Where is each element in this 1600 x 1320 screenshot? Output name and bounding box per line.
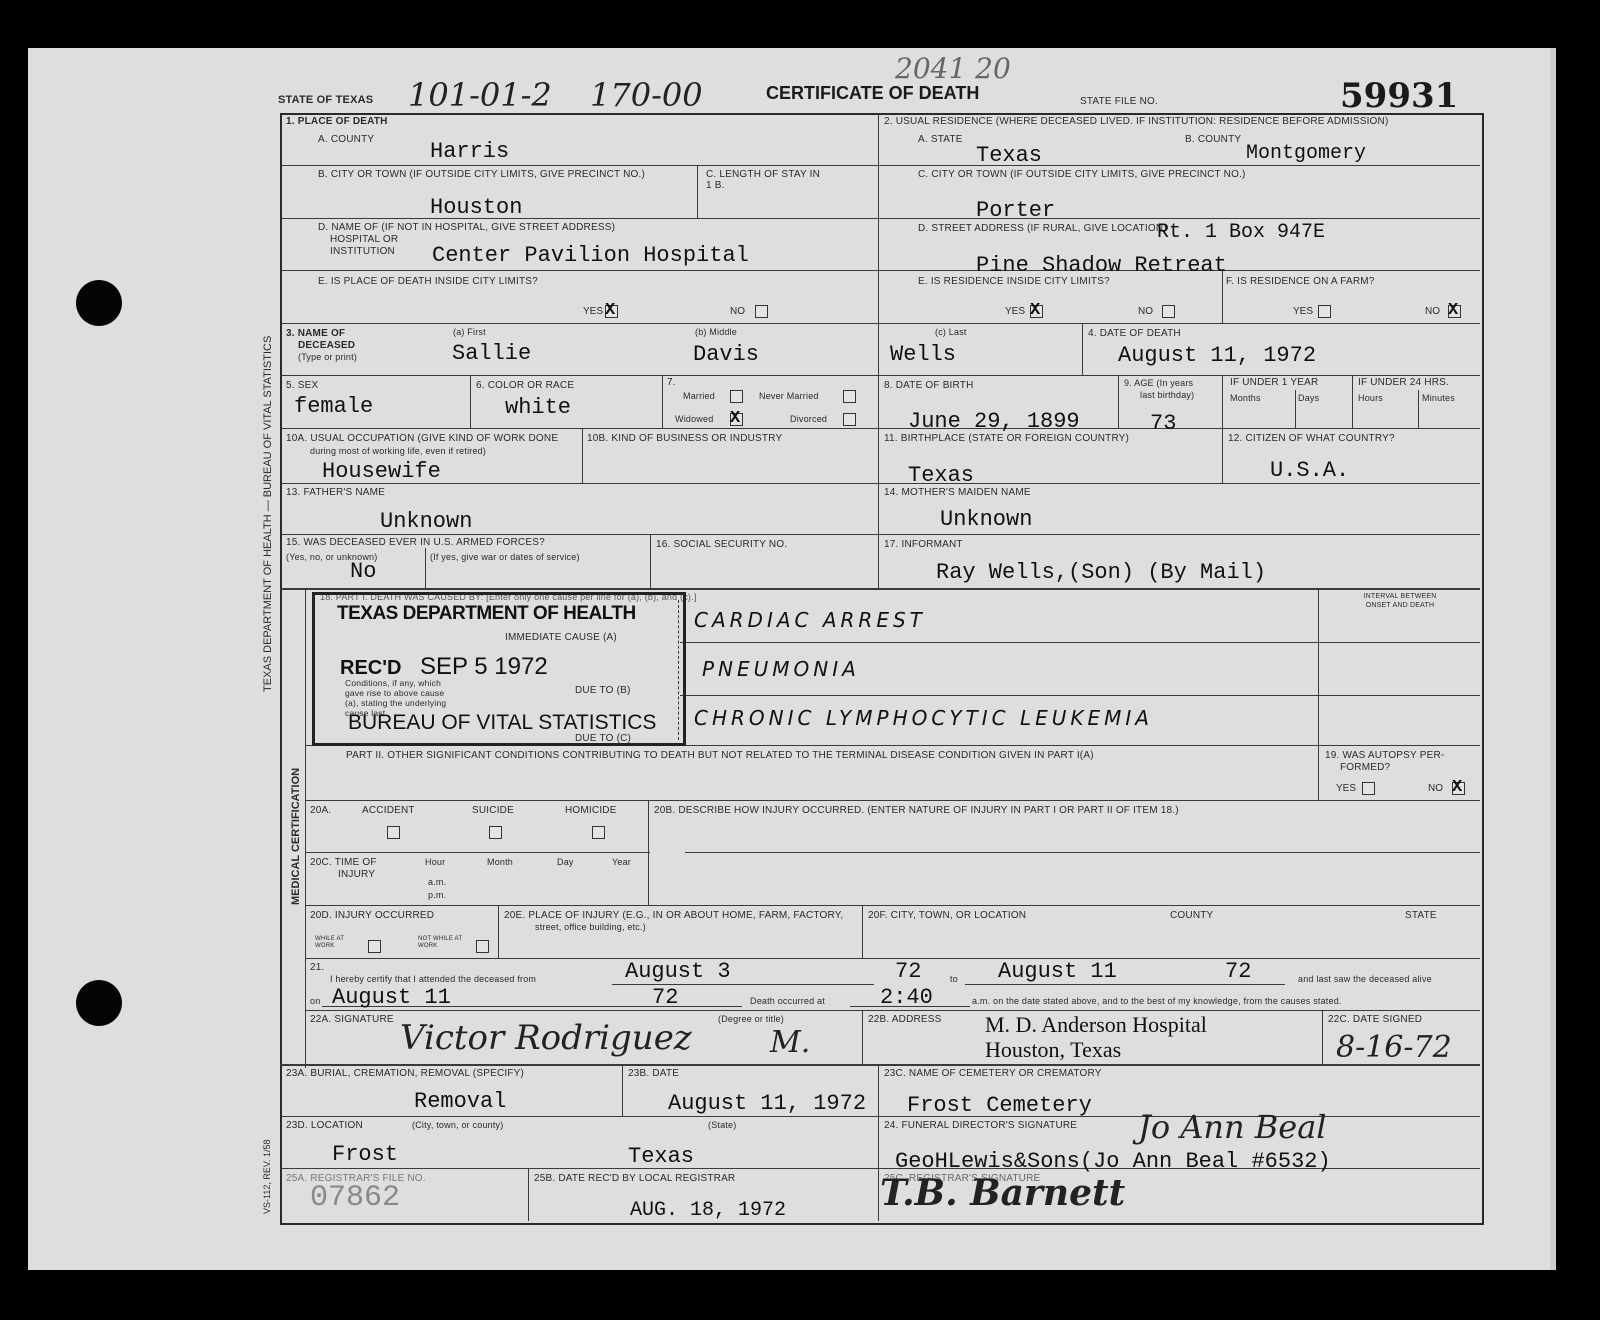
time-of-injury-label-1: 20c. TIME OF	[310, 857, 377, 868]
registrar-file-value: 07862	[310, 1186, 400, 1210]
not-while-at-work-checkbox[interactable]	[476, 940, 489, 953]
business-label: 10b. KIND OF BUSINESS OR INDUSTRY	[587, 433, 782, 444]
injury-type-label: 20a.	[310, 805, 331, 816]
divider	[622, 1064, 623, 1116]
divider	[1118, 375, 1119, 428]
citizen-label: 12. CITIZEN OF WHAT COUNTRY?	[1228, 433, 1395, 444]
month-label: Month	[487, 857, 513, 868]
autopsy-no-checkbox[interactable]	[1452, 782, 1465, 795]
divider	[1082, 323, 1083, 375]
while-at-work-checkbox[interactable]	[368, 940, 381, 953]
punch-hole	[76, 280, 122, 326]
date-of-birth-value: June 29, 1899	[908, 410, 1080, 434]
location-city-value: Frost	[332, 1143, 398, 1167]
death-county-label: a. COUNTY	[318, 134, 374, 145]
residence-street-value-1: Rt. 1 Box 947E	[1157, 221, 1325, 245]
last-name-value: Wells	[890, 343, 956, 367]
divider	[880, 165, 1480, 166]
birthplace-value: Texas	[908, 464, 974, 488]
death-city-value: Houston	[430, 196, 522, 220]
residence-inside-city-no-checkbox[interactable]	[1162, 305, 1175, 318]
deceased-name-label-3: (Type or print)	[298, 352, 357, 363]
divider	[650, 534, 651, 588]
divider	[280, 428, 1480, 429]
injury-state-label: STATE	[1405, 910, 1437, 921]
days-label: Days	[1298, 393, 1319, 404]
last-name-label: (c) Last	[935, 327, 967, 338]
informant-value: Ray Wells,(Son) (By Mail)	[936, 561, 1266, 585]
divider	[1322, 1010, 1323, 1064]
age-label-1: 9. AGE (In years	[1124, 378, 1193, 389]
death-county-value: Harris	[430, 140, 509, 164]
hospital-label-2: HOSPITAL OR	[330, 234, 398, 245]
stamp-line-3: BUREAU OF VITAL STATISTICS	[348, 711, 656, 735]
divider	[280, 165, 880, 166]
armed-forces-label: 15. WAS DECEASED EVER IN U.S. ARMED FORC…	[286, 537, 545, 548]
last-seen-date: August 11	[332, 986, 451, 1010]
residence-farm-no-label: NO	[1425, 306, 1440, 317]
mother-label: 14. MOTHER'S MAIDEN NAME	[884, 487, 1031, 498]
location-state-value: Texas	[628, 1145, 694, 1169]
received-stamp: TEXAS DEPARTMENT OF HEALTH REC'D SEP 5 1…	[312, 592, 686, 746]
punch-hole	[76, 980, 122, 1026]
residence-farm-label: f. IS RESIDENCE ON A FARM?	[1226, 276, 1375, 287]
attended-from-date: August 3	[625, 960, 731, 984]
sex-label: 5. SEX	[286, 380, 318, 391]
death-inside-city-label: e. IS PLACE OF DEATH INSIDE CITY LIMITS?	[318, 276, 538, 287]
death-inside-city-yes-checkbox[interactable]	[605, 305, 618, 318]
autopsy-yes-label: YES	[1336, 783, 1356, 794]
place-of-injury-label-2: street, office building, etc.)	[535, 922, 646, 933]
date-signed-value: 8-16-72	[1336, 1030, 1452, 1065]
after-time-text: a.m. on the date stated above, and to th…	[972, 996, 1342, 1007]
marital-married-checkbox[interactable]	[730, 390, 743, 403]
death-inside-city-yes-label: YES	[583, 306, 603, 317]
pm-label: p.m.	[428, 890, 446, 901]
degree-label: (Degree or title)	[718, 1014, 784, 1025]
cause-b-value: PNEUMONIA	[702, 657, 860, 681]
autopsy-label-1: 19. WAS AUTOPSY PER-	[1325, 750, 1444, 761]
stamp-line-2-prefix: REC'D	[340, 657, 401, 680]
location-city-label: (City, town, or county)	[412, 1120, 503, 1131]
residence-inside-city-yes-label: YES	[1005, 306, 1025, 317]
occupation-value: Housewife	[322, 460, 441, 484]
deceased-name-label-1: 3. NAME OF	[286, 328, 345, 339]
first-name-label: (a) First	[453, 327, 486, 338]
autopsy-no-label: NO	[1428, 783, 1443, 794]
date-signed-label: 22c. DATE SIGNED	[1328, 1014, 1422, 1025]
divider	[878, 113, 879, 588]
cemetery-label: 23c. NAME OF CEMETERY OR CREMATORY	[884, 1068, 1102, 1079]
divider	[305, 958, 1480, 959]
first-name-value: Sallie	[452, 342, 531, 366]
while-at-work-label: WHILE AT WORK	[315, 936, 355, 950]
day-label: Day	[557, 857, 574, 868]
homicide-label: HOMICIDE	[565, 805, 617, 816]
residence-inside-city-no-label: NO	[1138, 306, 1153, 317]
funeral-director-signature: Jo Ann Beal	[1138, 1108, 1327, 1146]
divider	[425, 548, 426, 588]
received-date-value: AUG. 18, 1972	[630, 1199, 786, 1223]
residence-street-value-2: Pine Shadow Retreat	[976, 254, 1227, 278]
attended-to-date: August 11	[998, 960, 1117, 984]
attended-to-year: 72	[1225, 960, 1251, 984]
divider	[1418, 390, 1419, 428]
divider	[280, 588, 1480, 590]
divider	[1222, 375, 1223, 483]
homicide-checkbox[interactable]	[592, 826, 605, 839]
mother-value: Unknown	[940, 508, 1032, 532]
race-value: white	[505, 396, 571, 420]
handwritten-top: 2041 20	[895, 52, 1011, 85]
hospital-value: Center Pavilion Hospital	[432, 244, 749, 268]
marital-label: 7.	[667, 377, 676, 388]
death-occurred-label: Death occurred at	[750, 996, 825, 1007]
minutes-label: Minutes	[1422, 393, 1455, 404]
autopsy-label-2: FORMED?	[1340, 762, 1390, 773]
divider	[680, 642, 1480, 643]
attended-from-year: 72	[895, 960, 921, 984]
last-seen-year: 72	[652, 986, 678, 1010]
stamp-line-1: TEXAS DEPARTMENT OF HEALTH	[337, 603, 636, 625]
divider	[648, 800, 649, 905]
residence-inside-city-label: e. IS RESIDENCE INSIDE CITY LIMITS?	[918, 276, 1110, 287]
divider	[280, 1064, 1480, 1066]
deceased-name-label-2: DECEASED	[298, 340, 355, 351]
residence-city-label: c. CITY OR TOWN (If outside city limits,…	[918, 169, 1246, 180]
address-value-1: M. D. Anderson Hospital	[985, 1013, 1207, 1037]
state-file-label: STATE FILE NO.	[1080, 96, 1158, 107]
attended-to-label: to	[950, 974, 958, 985]
marital-never-married-label: Never Married	[759, 391, 819, 402]
on-label: on	[310, 996, 320, 1007]
part2-label: PART II. OTHER SIGNIFICANT CONDITIONS CO…	[346, 750, 1094, 761]
father-value: Unknown	[380, 510, 472, 534]
residence-county-label: b. COUNTY	[1185, 134, 1241, 145]
hospital-label-1: d. NAME OF (If not in hospital, give str…	[318, 222, 615, 233]
divider	[280, 323, 1480, 324]
residence-farm-yes-checkbox[interactable]	[1318, 305, 1331, 318]
disposition-date-value: August 11, 1972	[668, 1092, 866, 1116]
date-of-birth-label: 8. DATE OF BIRTH	[884, 380, 974, 391]
state-label: STATE OF TEXAS	[278, 95, 373, 106]
degree-value: M.	[770, 1025, 810, 1060]
divider	[582, 428, 583, 483]
death-inside-city-no-label: NO	[730, 306, 745, 317]
address-label: 22b. ADDRESS	[868, 1014, 942, 1025]
citizen-value: U.S.A.	[1270, 459, 1349, 483]
residence-street-label: d. STREET ADDRESS (If rural, give locati…	[918, 223, 1167, 234]
time-of-injury-label-2: INJURY	[338, 869, 375, 880]
handwritten-code-1: 101-01-2	[408, 76, 552, 114]
certification-item-label: 21.	[310, 962, 325, 973]
residence-section-label: 2. USUAL RESIDENCE (Where deceased lived…	[884, 116, 1389, 127]
suicide-checkbox[interactable]	[489, 826, 502, 839]
divider	[280, 483, 1480, 484]
disposition-date-label: 23b. DATE	[628, 1068, 679, 1079]
months-label: Months	[1230, 393, 1261, 404]
divider	[862, 905, 863, 958]
location-state-label: (State)	[708, 1120, 736, 1131]
divider	[1352, 375, 1353, 428]
cemetery-value: Frost Cemetery	[907, 1094, 1092, 1118]
registrar-signature: T.B. Barnett	[880, 1172, 1125, 1214]
interval-label: INTERVAL BETWEEN ONSET AND DEATH	[1350, 592, 1450, 610]
date-of-death-value: August 11, 1972	[1118, 344, 1316, 368]
autopsy-yes-checkbox[interactable]	[1362, 782, 1375, 795]
suicide-label: SUICIDE	[472, 805, 514, 816]
state-file-number: 59931	[1340, 76, 1458, 116]
hour-label: Hour	[425, 857, 445, 868]
divider	[305, 1010, 1480, 1011]
form-code: VS-112, REV. 1/58	[262, 1139, 272, 1214]
place-of-injury-label-1: 20e. PLACE OF INJURY (e.g., in or about …	[504, 910, 843, 921]
armed-forces-sub-2: (If yes, give war or dates of service)	[430, 552, 580, 563]
divider	[1295, 390, 1296, 428]
middle-name-value: Davis	[693, 343, 759, 367]
under-day-label: IF UNDER 24 HRS.	[1358, 377, 1449, 388]
under-year-label: IF UNDER 1 YEAR	[1230, 377, 1318, 388]
divider	[680, 695, 1480, 696]
divider	[280, 270, 1480, 271]
marital-married-label: Married	[683, 391, 715, 402]
marital-divorced-label: Divorced	[790, 414, 827, 425]
race-label: 6. COLOR OR RACE	[476, 380, 574, 391]
marital-widowed-label: Widowed	[675, 414, 713, 425]
residence-inside-city-yes-checkbox[interactable]	[1030, 305, 1043, 318]
disposition-method-value: Removal	[414, 1090, 506, 1114]
residence-state-value: Texas	[976, 144, 1042, 168]
length-of-stay-label: c. LENGTH OF STAY in 1 b.	[706, 169, 826, 191]
marital-widowed-checkbox[interactable]	[730, 413, 743, 426]
marital-never-married-checkbox[interactable]	[843, 390, 856, 403]
am-label: a.m.	[428, 877, 446, 888]
middle-name-label: (b) Middle	[695, 327, 737, 338]
occupation-label-1: 10a. USUAL OCCUPATION (Give kind of work…	[286, 433, 558, 444]
last-saw-text: and last saw the deceased alive	[1298, 974, 1432, 985]
ssn-label: 16. SOCIAL SECURITY NO.	[656, 539, 787, 550]
margin-department-text: TEXAS DEPARTMENT OF HEALTH — BUREAU OF V…	[262, 336, 274, 692]
birthplace-label: 11. BIRTHPLACE (State or foreign country…	[884, 433, 1129, 444]
injury-county-label: COUNTY	[1170, 910, 1213, 921]
injury-city-label: 20f. CITY, TOWN, OR LOCATION	[868, 910, 1026, 921]
father-label: 13. FATHER'S NAME	[286, 487, 385, 498]
accident-label: ACCIDENT	[362, 805, 415, 816]
divider	[498, 905, 499, 958]
injury-occurred-label: 20d. INJURY OCCURRED	[310, 910, 434, 921]
divider	[685, 852, 1480, 853]
armed-forces-value: No	[350, 560, 376, 584]
stamp-line-2-date: SEP 5 1972	[420, 653, 548, 681]
informant-label: 17. INFORMANT	[884, 539, 963, 550]
occupation-label-2: during most of working life, even if ret…	[310, 446, 486, 457]
divider	[280, 375, 1480, 376]
accident-checkbox[interactable]	[387, 826, 400, 839]
address-value-2: Houston, Texas	[985, 1038, 1121, 1062]
divider	[662, 375, 663, 428]
age-value: 73	[1150, 412, 1176, 436]
divider	[280, 534, 1480, 535]
death-time-value: 2:40	[880, 986, 933, 1010]
marital-divorced-checkbox[interactable]	[843, 413, 856, 426]
funeral-director-value: GeoHLewis&Sons(Jo Ann Beal #6532)	[895, 1150, 1331, 1174]
signature-label: 22a. SIGNATURE	[310, 1014, 394, 1025]
residence-state-label: a. STATE	[918, 134, 963, 145]
physician-signature: Victor Rodriguez	[400, 1018, 692, 1058]
divider	[305, 852, 650, 853]
disposition-method-label: 23a. BURIAL, CREMATION, REMOVAL (Specify…	[286, 1068, 524, 1079]
divider	[862, 1010, 863, 1064]
location-label: 23d. LOCATION	[286, 1120, 363, 1131]
residence-farm-yes-label: YES	[1293, 306, 1313, 317]
funeral-director-label: 24. FUNERAL DIRECTOR'S SIGNATURE	[884, 1120, 1077, 1131]
divider	[470, 375, 471, 428]
residence-county-value: Montgomery	[1246, 142, 1366, 166]
residence-farm-no-checkbox[interactable]	[1448, 305, 1461, 318]
divider	[697, 165, 698, 218]
not-while-at-work-label: NOT WHILE AT WORK	[418, 936, 468, 950]
divider	[1318, 588, 1319, 800]
sex-value: female	[294, 395, 373, 419]
divider	[305, 800, 1480, 801]
divider	[878, 1064, 879, 1221]
handwritten-code-2: 170-00	[590, 76, 703, 114]
describe-injury-label: 20b. DESCRIBE HOW INJURY OCCURRED. (Ente…	[654, 805, 1179, 816]
divider	[528, 1168, 529, 1221]
death-city-label: b. CITY OR TOWN (If outside city limits,…	[318, 169, 645, 180]
date-of-death-label: 4. DATE OF DEATH	[1088, 328, 1181, 339]
year-label: Year	[612, 857, 631, 868]
residence-city-value: Porter	[976, 199, 1055, 223]
attended-text: I hereby certify that I attended the dec…	[330, 974, 536, 985]
hospital-label-3: INSTITUTION	[330, 246, 395, 257]
divider	[305, 588, 306, 1068]
divider	[305, 905, 1480, 906]
cause-c-value: CHRONIC LYMPHOCYTIC LEUKEMIA	[694, 706, 1153, 730]
certificate-title: CERTIFICATE OF DEATH	[766, 83, 979, 104]
place-of-death-label: 1. PLACE OF DEATH	[286, 116, 388, 127]
death-inside-city-no-checkbox[interactable]	[755, 305, 768, 318]
fill-line	[965, 984, 1285, 985]
hours-label: Hours	[1358, 393, 1383, 404]
cause-a-value: CARDIAC ARREST	[694, 608, 926, 632]
received-date-label: 25b. DATE REC'D BY LOCAL REGISTRAR	[534, 1173, 735, 1184]
age-label-2: last birthday)	[1140, 390, 1194, 401]
